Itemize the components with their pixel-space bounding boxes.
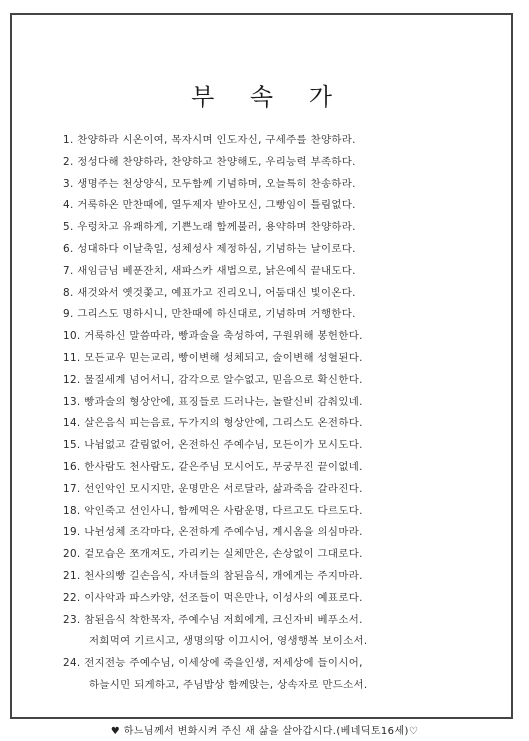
verse-item: 1. 찬양하라 시온이여, 목자시며 인도자신, 구세주를 찬양하라. — [63, 130, 483, 152]
verse-number: 22. — [63, 588, 81, 610]
verse-item: 4. 거룩하온 만찬때에, 열두제자 받아모신, 그빵임이 틀림없다. — [63, 195, 483, 217]
verse-number: 15. — [63, 435, 81, 457]
verse-text: 거룩하신 말씀따라, 빵과술을 축성하여, 구원위해 봉헌한다. — [84, 330, 363, 342]
verse-number: 23. — [63, 610, 81, 632]
page-title: 부 속 가 — [12, 77, 511, 112]
verse-text: 생명주는 천상양식, 모두함께 기념하며, 오늘특히 찬송하라. — [77, 178, 356, 190]
verse-item: 22. 이사악과 파스카양, 선조들이 먹은만나, 이성사의 예표로다. — [63, 588, 483, 610]
verse-text: 나뉜성체 조각마다, 온전하게 주예수님, 계시옴을 의심마라. — [84, 526, 363, 538]
verse-item: 8. 새것와서 옛것쫓고, 예표가고 진리오니, 어둠대신 빛이온다. — [63, 283, 483, 305]
verse-number: 12. — [63, 370, 81, 392]
verse-text: 그리스도 명하시니, 만찬때에 하신대로, 기념하며 거행한다. — [77, 308, 356, 320]
verse-number: 14. — [63, 413, 81, 435]
verse-list: 1. 찬양하라 시온이여, 목자시며 인도자신, 구세주를 찬양하라. 2. 정… — [63, 130, 483, 697]
verse-item: 24. 전지전능 주예수님, 이세상에 죽을인생, 저세상에 들이시어,하늘시민… — [63, 653, 483, 697]
verse-text: 참된음식 착한목자, 주예수님 저희에게, 크신자비 베푸소서. — [84, 614, 363, 626]
verse-number: 8. — [63, 283, 74, 305]
verse-text: 빵과술의 형상안에, 표징들로 드러나는, 놀랄신비 감춰있네. — [84, 396, 363, 408]
footer-text: 하느님께서 변화시켜 주신 새 삶을 살아갑시다.(베네딕토16세) — [124, 726, 409, 737]
verse-number: 24. — [63, 653, 81, 675]
verse-item: 2. 정성다해 찬양하라, 찬양하고 찬양해도, 우리능력 부족하다. — [63, 152, 483, 174]
verse-item: 23. 참된음식 착한목자, 주예수님 저희에게, 크신자비 베푸소서.저희먹여… — [63, 610, 483, 654]
verse-number: 9. — [63, 304, 74, 326]
verse-item: 5. 우렁차고 유쾌하게, 기쁜노래 함께불러, 용약하며 찬양하라. — [63, 217, 483, 239]
verse-item: 14. 살은음식 피는음료, 두가지의 형상안에, 그리스도 온전하다. — [63, 413, 483, 435]
verse-text: 우렁차고 유쾌하게, 기쁜노래 함께불러, 용약하며 찬양하라. — [77, 221, 356, 233]
verse-item: 19. 나뉜성체 조각마다, 온전하게 주예수님, 계시옴을 의심마라. — [63, 522, 483, 544]
verse-item: 10. 거룩하신 말씀따라, 빵과술을 축성하여, 구원위해 봉헌한다. — [63, 326, 483, 348]
verse-text: 선인악인 모시지만, 운명만은 서로달라, 삶과죽음 갈라진다. — [84, 483, 363, 495]
verse-item: 13. 빵과술의 형상안에, 표징들로 드러나는, 놀랄신비 감춰있네. — [63, 392, 483, 414]
verse-number: 7. — [63, 261, 74, 283]
verse-item: 6. 성대하다 이날축일, 성체성사 제정하심, 기념하는 날이로다. — [63, 239, 483, 261]
verse-item: 11. 모든교우 믿는교리, 빵이변해 성체되고, 술이변해 성혈된다. — [63, 348, 483, 370]
verse-text: 모든교우 믿는교리, 빵이변해 성체되고, 술이변해 성혈된다. — [84, 352, 363, 364]
verse-number: 21. — [63, 566, 81, 588]
verse-text: 정성다해 찬양하라, 찬양하고 찬양해도, 우리능력 부족하다. — [77, 156, 356, 168]
footer-caption: ♥ 하느님께서 변화시켜 주신 새 삶을 살아갑시다.(베네딕토16세)♡ — [0, 722, 529, 737]
verse-number: 17. — [63, 479, 81, 501]
heart-outline-icon: ♡ — [409, 726, 418, 737]
verse-number: 10. — [63, 326, 81, 348]
verse-text: 찬양하라 시온이여, 목자시며 인도자신, 구세주를 찬양하라. — [77, 134, 356, 146]
verse-item: 9. 그리스도 명하시니, 만찬때에 하신대로, 기념하며 거행한다. — [63, 304, 483, 326]
verse-text: 새임금님 베푼잔치, 새파스카 새법으로, 낡은예식 끝내도다. — [77, 265, 356, 277]
verse-number: 19. — [63, 522, 81, 544]
verse-item: 17. 선인악인 모시지만, 운명만은 서로달라, 삶과죽음 갈라진다. — [63, 479, 483, 501]
verse-number: 3. — [63, 174, 74, 196]
verse-number: 4. — [63, 195, 74, 217]
verse-number: 20. — [63, 544, 81, 566]
verse-item: 16. 한사람도 천사람도, 같은주님 모시어도, 무궁무진 끝이없네. — [63, 457, 483, 479]
verse-number: 2. — [63, 152, 74, 174]
verse-number: 1. — [63, 130, 74, 152]
verse-text: 살은음식 피는음료, 두가지의 형상안에, 그리스도 온전하다. — [84, 417, 363, 429]
verse-number: 5. — [63, 217, 74, 239]
verse-text: 전지전능 주예수님, 이세상에 죽을인생, 저세상에 들이시어, — [84, 657, 363, 669]
verse-item: 18. 악인죽고 선인사니, 함께먹은 사람운명, 다르고도 다르도다. — [63, 501, 483, 523]
verse-continuation: 저희먹여 기르시고, 생명의땅 이끄시어, 영생행복 보이소서. — [63, 631, 483, 653]
verse-item: 7. 새임금님 베푼잔치, 새파스카 새법으로, 낡은예식 끝내도다. — [63, 261, 483, 283]
verse-item: 12. 물질세계 넘어서니, 감각으로 알수없고, 믿음으로 확신한다. — [63, 370, 483, 392]
verse-number: 6. — [63, 239, 74, 261]
verse-number: 16. — [63, 457, 81, 479]
verse-text: 새것와서 옛것쫓고, 예표가고 진리오니, 어둠대신 빛이온다. — [77, 287, 356, 299]
verse-number: 13. — [63, 392, 81, 414]
verse-item: 20. 겉모습은 쪼개져도, 가리키는 실체만은, 손상없이 그대로다. — [63, 544, 483, 566]
verse-item: 21. 천사의빵 길손음식, 자녀들의 참된음식, 개에게는 주지마라. — [63, 566, 483, 588]
verse-text: 이사악과 파스카양, 선조들이 먹은만나, 이성사의 예표로다. — [84, 592, 363, 604]
verse-text: 물질세계 넘어서니, 감각으로 알수없고, 믿음으로 확신한다. — [84, 374, 363, 386]
verse-continuation: 하늘시민 되게하고, 주님밥상 함께앉는, 상속자로 만드소서. — [63, 675, 483, 697]
verse-number: 11. — [63, 348, 81, 370]
heart-filled-icon: ♥ — [111, 726, 120, 737]
verse-item: 3. 생명주는 천상양식, 모두함께 기념하며, 오늘특히 찬송하라. — [63, 174, 483, 196]
verse-number: 18. — [63, 501, 81, 523]
verse-text: 나뉨없고 갈림없어, 온전하신 주예수님, 모든이가 모시도다. — [84, 439, 363, 451]
verse-text: 겉모습은 쪼개져도, 가리키는 실체만은, 손상없이 그대로다. — [84, 548, 363, 560]
verse-text: 거룩하온 만찬때에, 열두제자 받아모신, 그빵임이 틀림없다. — [77, 199, 356, 211]
verse-item: 15. 나뉨없고 갈림없어, 온전하신 주예수님, 모든이가 모시도다. — [63, 435, 483, 457]
verse-text: 악인죽고 선인사니, 함께먹은 사람운명, 다르고도 다르도다. — [84, 505, 363, 517]
document-frame: 부 속 가 1. 찬양하라 시온이여, 목자시며 인도자신, 구세주를 찬양하라… — [10, 13, 513, 719]
verse-text: 성대하다 이날축일, 성체성사 제정하심, 기념하는 날이로다. — [77, 243, 356, 255]
verse-text: 한사람도 천사람도, 같은주님 모시어도, 무궁무진 끝이없네. — [84, 461, 363, 473]
verse-text: 천사의빵 길손음식, 자녀들의 참된음식, 개에게는 주지마라. — [84, 570, 363, 582]
